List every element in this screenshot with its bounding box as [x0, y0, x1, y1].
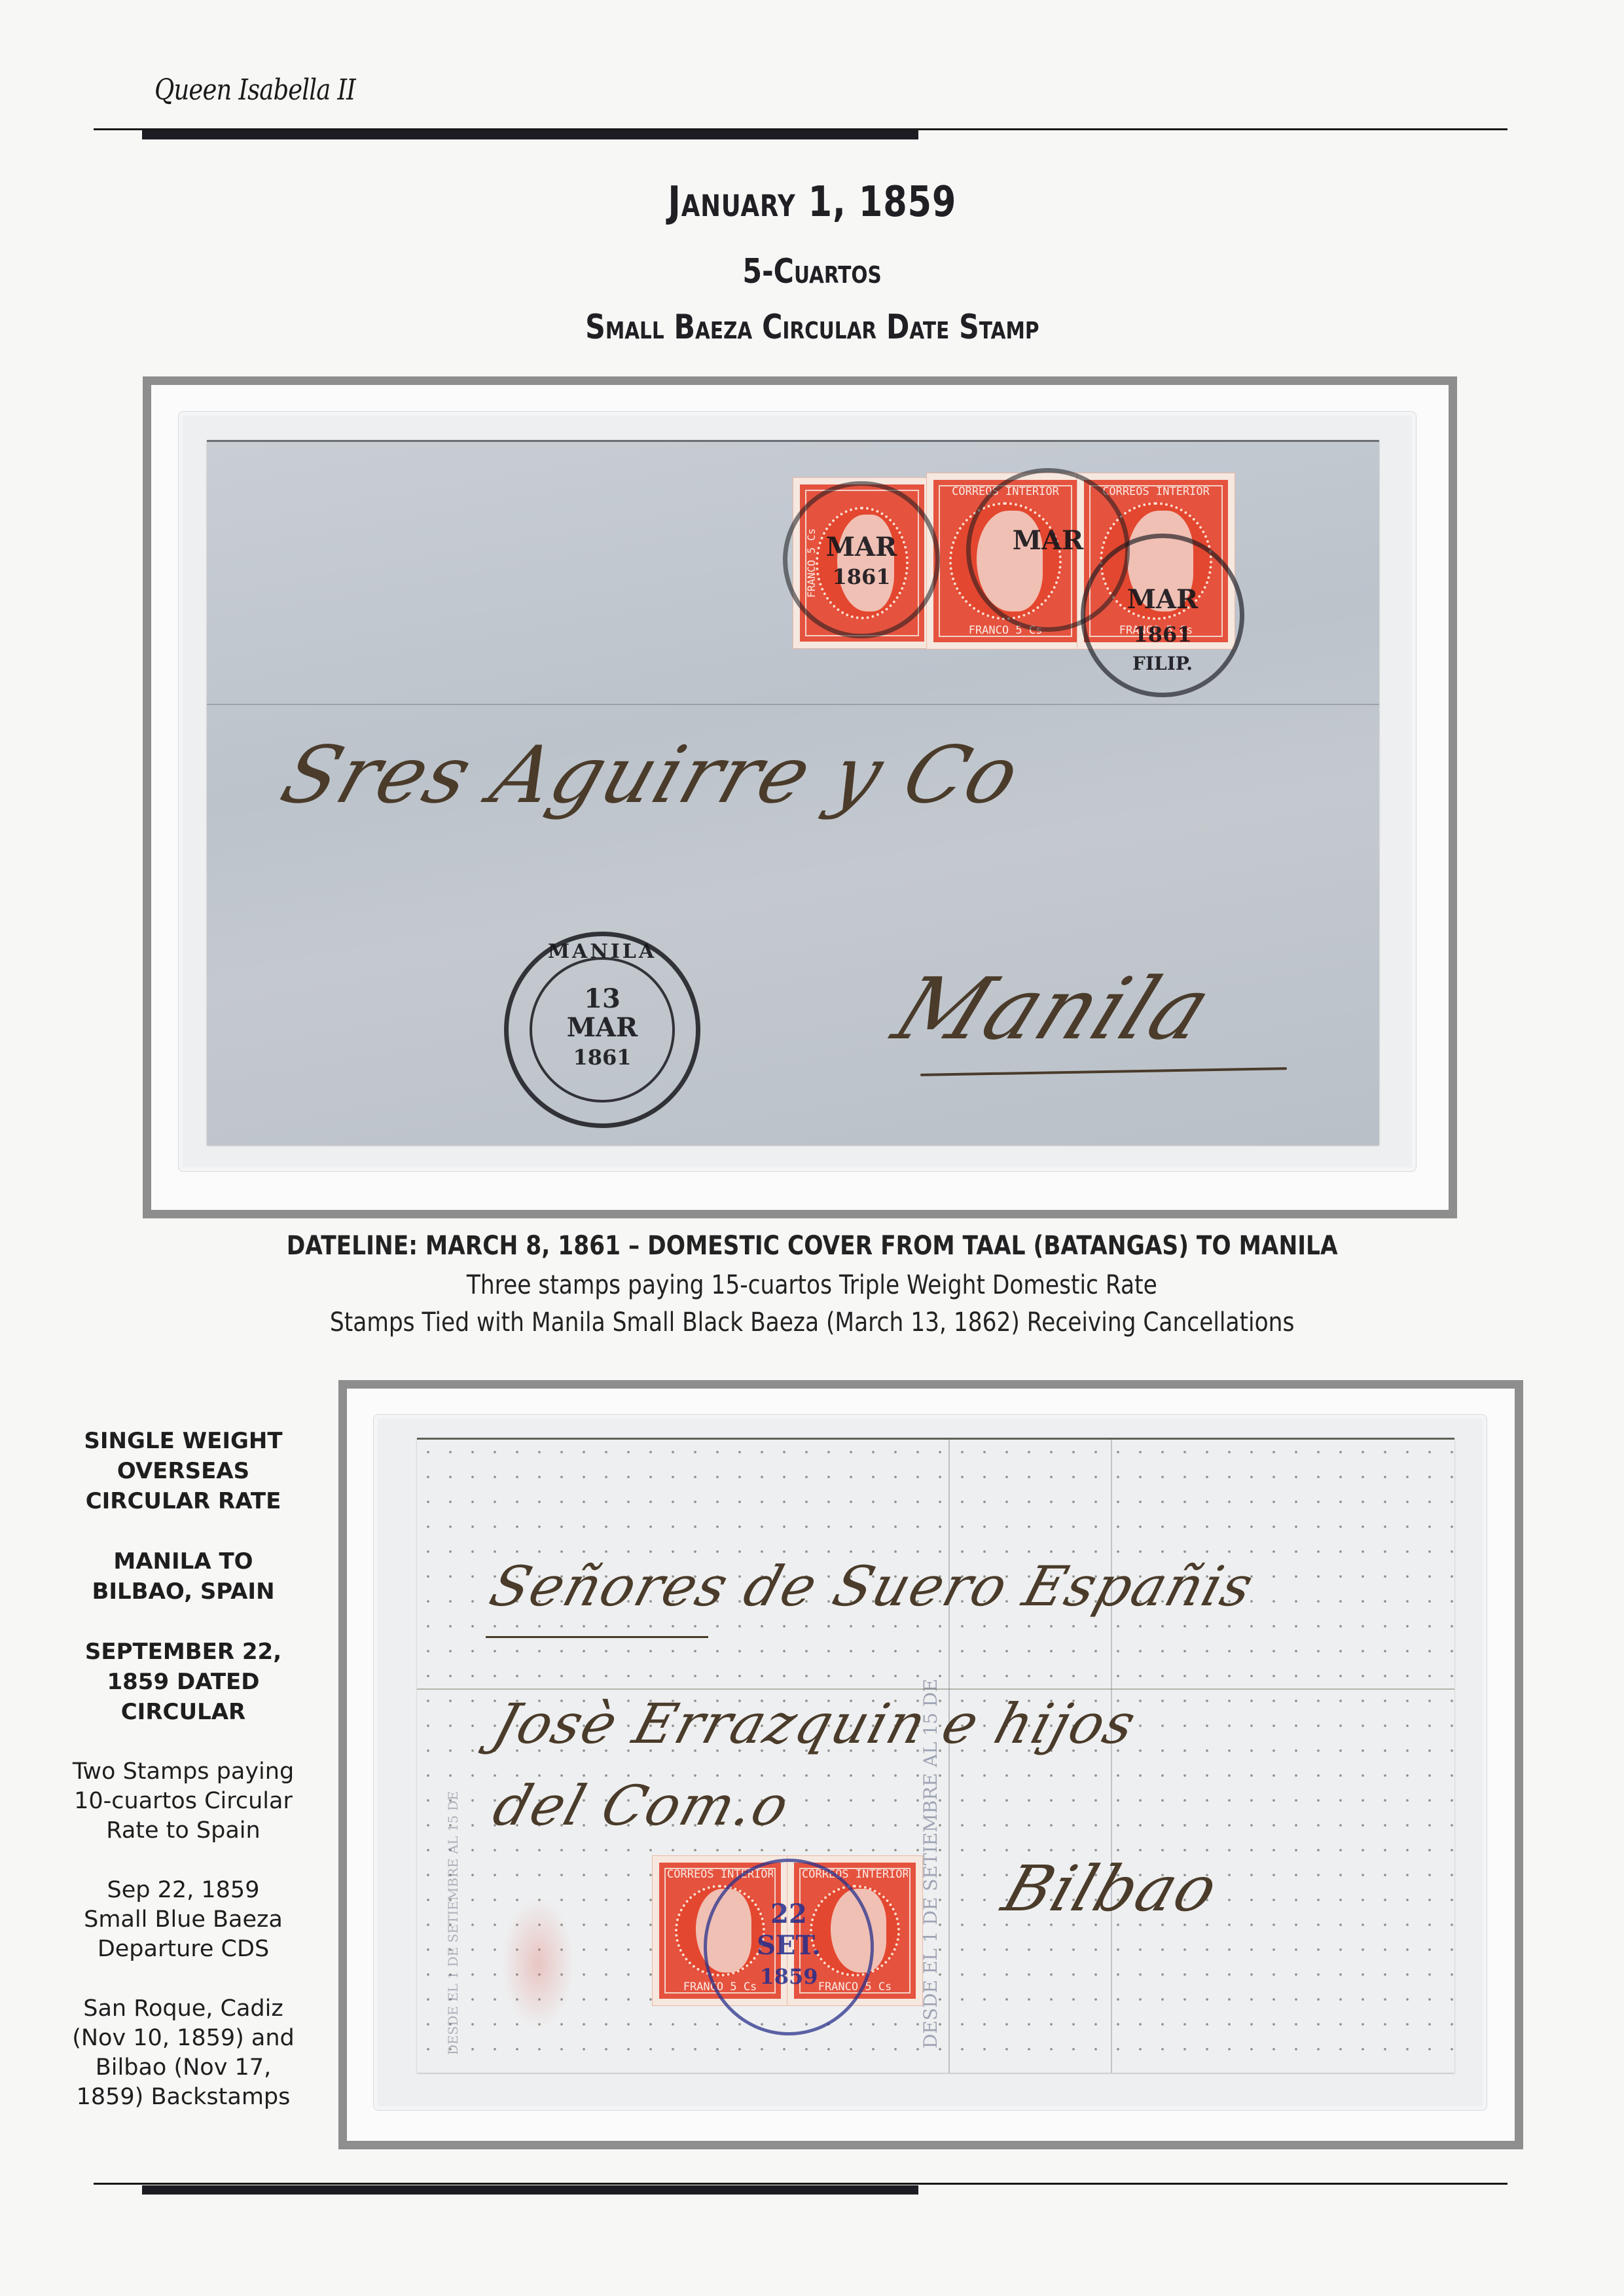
side-note-departure-cds: Sep 22, 1859Small Blue BaezaDeparture CD… [39, 1876, 327, 1964]
footer-rule-thick [142, 2185, 918, 2195]
running-title: Queen Isabella II [154, 73, 355, 107]
cover2-address-line-1: Señores de Suero Españis [483, 1554, 1261, 1618]
cover1-caption-cancel: Stamps Tied with Manila Small Black Baez… [0, 1307, 1624, 1338]
cover1-caption-rate: Three stamps paying 15-cuartos Triple We… [0, 1270, 1624, 1300]
cover2-side-notes: SINGLE WEIGHTOVERSEASCIRCULAR RATE MANIL… [39, 1426, 327, 2142]
side-note-date: SEPTEMBER 22,1859 DATEDCIRCULAR [39, 1637, 327, 1727]
cover2-address-line-2: Josè Errazquin e hijos [486, 1692, 1144, 1756]
cover2-circular: DESDE EL 1 DE SETIEMBRE AL 15 DE DESDE E… [417, 1438, 1454, 2073]
page-subtitle-denomination: 5-Cuartos [0, 252, 1624, 291]
side-note-backstamps: San Roque, Cadiz(Nov 10, 1859) andBilbao… [39, 1994, 327, 2112]
manila-receiving-postmark: MANILA 13 MAR 1861 [504, 932, 700, 1128]
cover2-address-underline [486, 1636, 708, 1638]
cover1-address-line-2: Manila [880, 959, 1226, 1059]
manila-blue-departure-postmark: 22 SET. 1859 [704, 1859, 874, 2035]
cover2-column-rule [1111, 1440, 1112, 2073]
cover2-offset-stain [502, 1898, 574, 2029]
header-rule-thick [142, 130, 918, 139]
cover1-fold-line [207, 704, 1379, 705]
cover1-address-underline [920, 1067, 1287, 1076]
cover2-column-rule [948, 1440, 950, 2073]
cover2-address-line-4: Bilbao [994, 1852, 1228, 1925]
cover1-address-line-1: Sres Aguirre y Co [270, 730, 1032, 821]
cover2-fold-line [417, 1688, 1454, 1690]
page-subtitle-cancel: Small Baeza Circular Date Stamp [0, 308, 1624, 347]
cover1-envelope: FRANCO 5 Cs CORREOS INTERIOR FRANCO 5 Cs… [207, 440, 1379, 1145]
footer-rule-thin [94, 2183, 1507, 2185]
side-note-postage: Two Stamps paying10-cuartos CircularRate… [39, 1757, 327, 1846]
side-note-rate-type: SINGLE WEIGHTOVERSEASCIRCULAR RATE [39, 1426, 327, 1516]
cover1-stamp-cancel-1: MAR 1861 [783, 481, 940, 638]
cover1-stamp-cancel-3: MAR 1861 FILIP. [1081, 534, 1244, 697]
cover1-caption-heading: DATELINE: MARCH 8, 1861 – DOMESTIC COVER… [0, 1231, 1624, 1261]
cover2-address-line-3: del Com.o [486, 1774, 797, 1838]
page-title: January 1, 1859 [0, 178, 1624, 227]
side-note-route: MANILA TOBILBAO, SPAIN [39, 1546, 327, 1607]
